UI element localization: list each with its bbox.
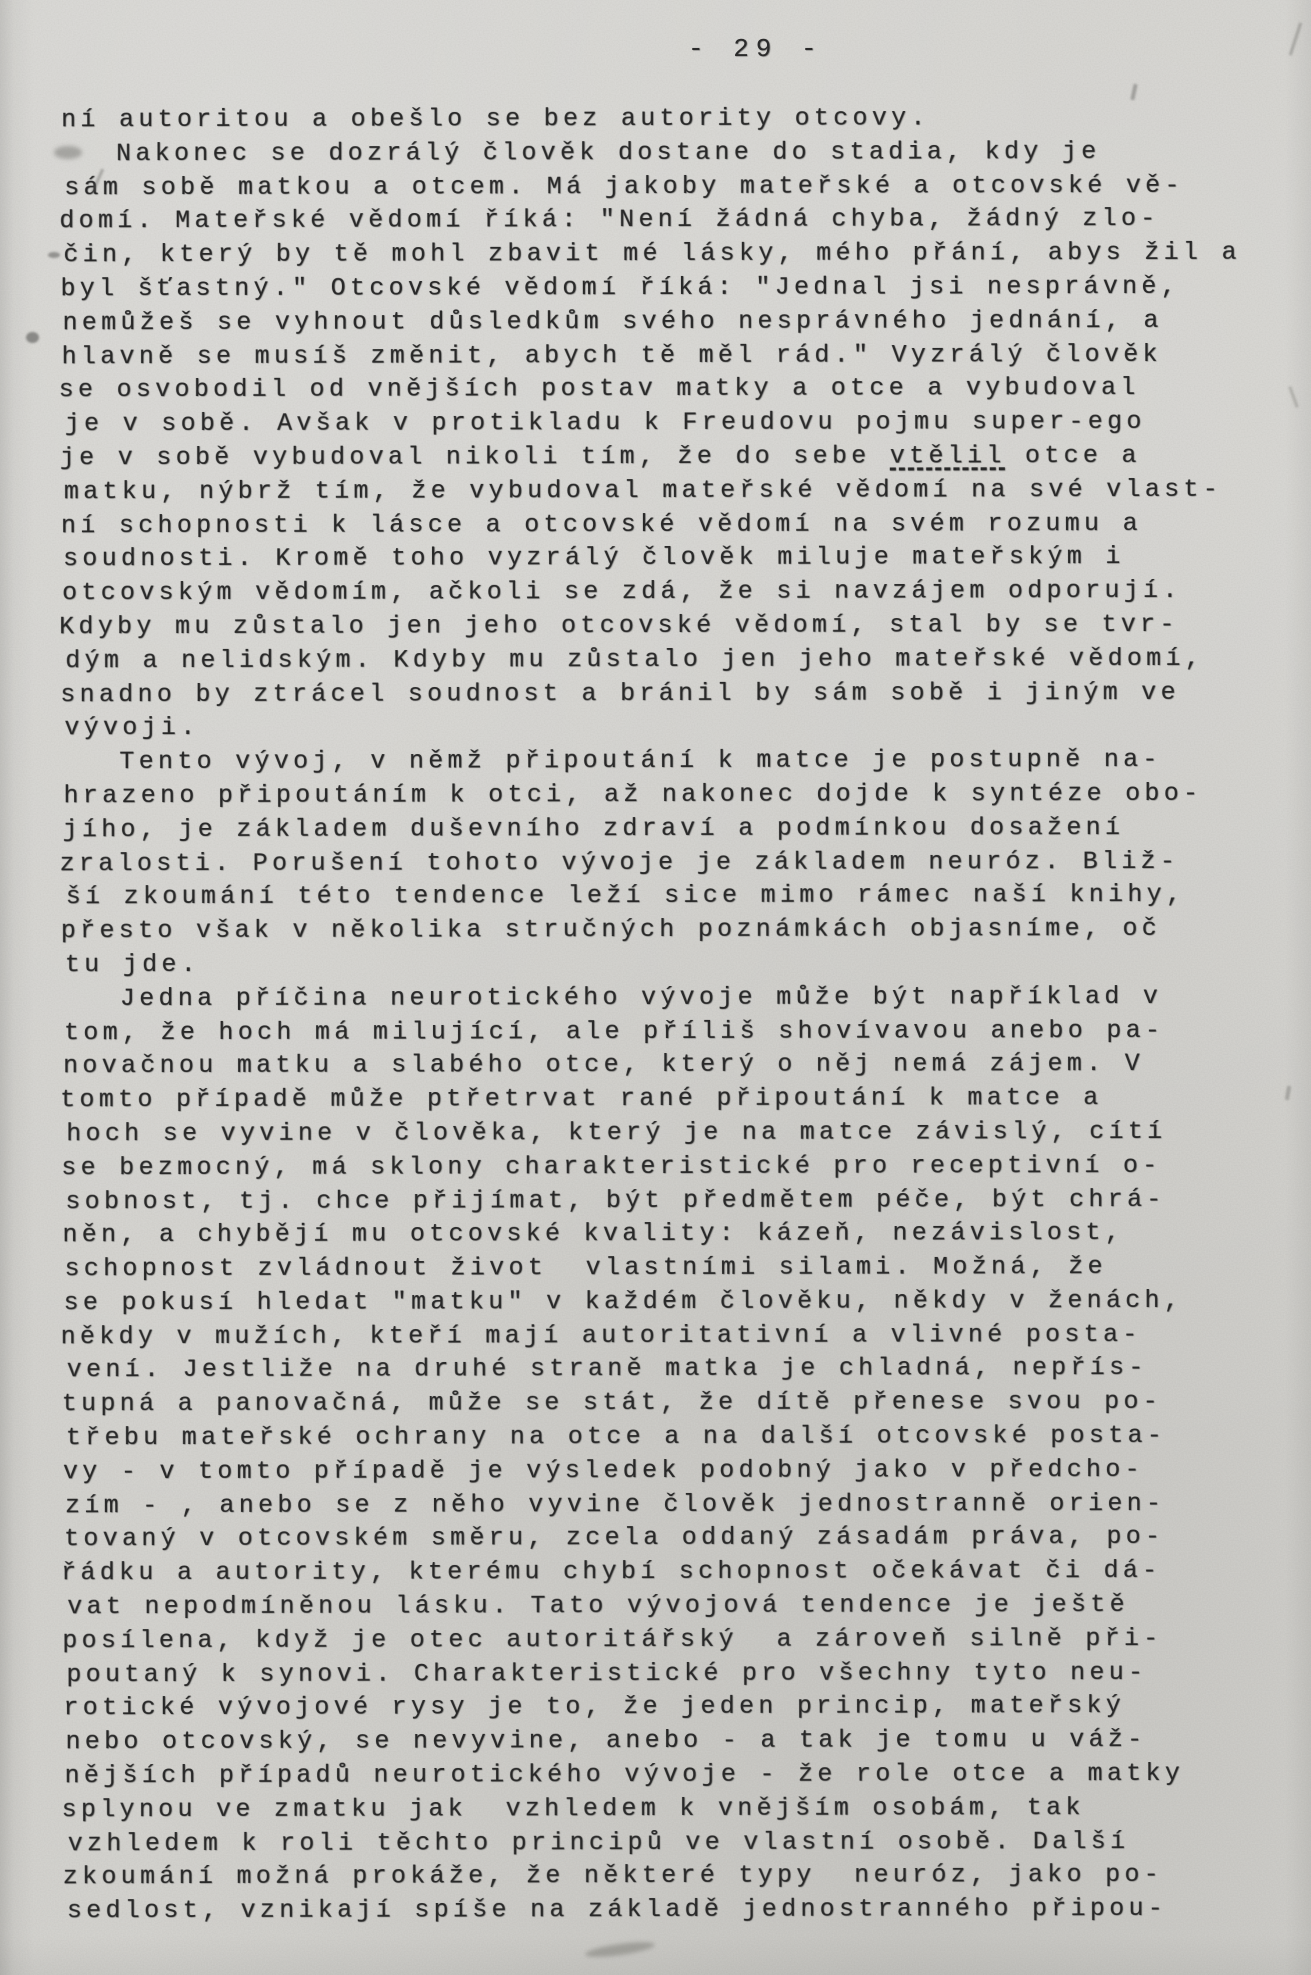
text-segment: řádku a autority, kterému chybí schopnos… (61, 1556, 1161, 1587)
text-line: nemůžeš se vyhnout důsledkům svého nespr… (63, 304, 1279, 340)
text-segment: Nakonec se dozrálý člověk dostane do sta… (58, 137, 1100, 168)
text-segment: sedlost, vznikají spíše na základě jedno… (67, 1894, 1167, 1925)
text-segment: Kdyby mu zůstalo jen jeho otcovské vědom… (59, 610, 1179, 641)
text-segment: splynou ve zmatku jak vzhledem k vnějším… (62, 1793, 1085, 1824)
text-line: byl šťastný." Otcovské vědomí říká: "Jed… (60, 270, 1278, 306)
text-segment: je v sobě. Avšak v protikladu k Freudovu… (65, 407, 1146, 438)
scratch-mark (1285, 1086, 1291, 1100)
text-segment: vat nepodmíněnou lásku. Tato vývojová te… (67, 1590, 1129, 1621)
text-line: přesto však v několika stručných poznámk… (61, 912, 1280, 948)
text-segment: někdy v mužích, kteří mají autoritativní… (61, 1320, 1142, 1351)
text-segment: zím - , anebo se z něho vyvine člověk je… (65, 1489, 1165, 1520)
text-line: je v sobě. Avšak v protikladu k Freudovu… (65, 405, 1279, 441)
text-segment: přesto však v několika stručných poznámk… (61, 914, 1161, 945)
text-segment: zkoumání možná prokáže, že některé typy … (63, 1860, 1163, 1891)
text-segment: Jedna příčina neurotického vývoje může b… (62, 982, 1162, 1013)
text-segment: domí. Mateřské vědomí říká: "Není žádná … (59, 204, 1159, 235)
text-line: domí. Mateřské vědomí říká: "Není žádná … (59, 202, 1278, 238)
scratch-mark (1288, 386, 1298, 408)
text-line: vy - v tomto případě je výsledek podobný… (63, 1453, 1281, 1489)
text-segment: ší zkoumání této tendence leží sice mimo… (66, 880, 1186, 911)
text-line: hlavně se musíš změnit, abych tě měl rád… (62, 337, 1279, 373)
text-line: hoch se vyvine v člověka, který je na ma… (66, 1115, 1280, 1151)
text-line: zím - , anebo se z něho vyvine člověk je… (65, 1486, 1281, 1522)
text-line: soudnosti. Kromě toho vyzrálý člověk mil… (63, 540, 1279, 576)
text-line: se pokusí hledat "matku" v každém člověk… (64, 1284, 1281, 1320)
text-line: něn, a chybějí mu otcovské kvality: káze… (62, 1216, 1280, 1252)
text-segment: ní schopnosti k lásce a otcovské vědomí … (61, 509, 1142, 540)
text-line: snadno by ztrácel soudnost a bránil by s… (60, 675, 1279, 711)
text-line: sobnost, tj. chce přijímat, být předměte… (65, 1182, 1280, 1218)
text-line: hrazeno připoutáním k otci, až nakonec d… (64, 777, 1280, 813)
text-segment: vy - v tomto případě je výsledek podobný… (63, 1455, 1144, 1486)
text-line: ní schopnosti k lásce a otcovské vědomí … (61, 506, 1279, 542)
scratch-mark (1130, 84, 1137, 100)
text-segment: sobnost, tj. chce přijímat, být předměte… (65, 1184, 1165, 1215)
text-segment: dým a nelidským. Kdyby mu zůstalo jen je… (65, 644, 1204, 675)
text-segment: schopnost zvládnout život vlastními sila… (65, 1252, 1107, 1283)
text-segment: tom, že hoch má milující, ale příliš sho… (64, 1015, 1164, 1046)
text-line: jího, je základem duševního zdraví a pod… (63, 810, 1280, 846)
text-segment: vení. Jestliže na druhé straně matka je … (67, 1353, 1148, 1384)
text-segment: soudnosti. Kromě toho vyzrálý člověk mil… (63, 542, 1125, 573)
text-segment: se osvobodil od vnějších postav matky a … (59, 373, 1140, 404)
text-segment: se bezmocný, má sklony charakteristické … (61, 1151, 1161, 1182)
text-line: čin, který by tě mohl zbavit mé lásky, m… (63, 236, 1278, 272)
text-line: vzhledem k roli těchto principů ve vlast… (68, 1824, 1282, 1860)
text-line: schopnost zvládnout život vlastními sila… (64, 1250, 1280, 1286)
text-segment: sám sobě matkou a otcem. Má jakoby mateř… (64, 171, 1184, 202)
text-line: sám sobě matkou a otcem. Má jakoby mateř… (64, 168, 1278, 204)
text-line: řádku a autority, kterému chybí schopnos… (61, 1554, 1281, 1590)
text-line: nějších případů neurotického vývoje - že… (65, 1757, 1282, 1793)
page-number: - 29 - (688, 34, 824, 64)
text-line: Kdyby mu zůstalo jen jeho otcovské vědom… (59, 608, 1279, 644)
text-line: se bezmocný, má sklony charakteristické … (61, 1148, 1280, 1184)
text-segment: nemůžeš se vyhnout důsledkům svého nespr… (63, 306, 1163, 337)
text-segment: posílena, když je otec autoritářský a zá… (62, 1624, 1162, 1655)
text-segment: něn, a chybějí mu otcovské kvality: káze… (62, 1218, 1124, 1249)
underlined-word: vtělil (890, 441, 1006, 470)
text-segment: jího, je základem duševního zdraví a pod… (63, 813, 1125, 844)
text-line: zkoumání možná prokáže, že některé typy … (63, 1858, 1282, 1894)
text-segment: novačnou matku a slabého otce, který o n… (63, 1049, 1144, 1080)
text-line: tu jde. (65, 946, 1280, 982)
text-segment: tupná a panovačná, může se stát, že dítě… (62, 1387, 1162, 1418)
text-line: se osvobodil od vnějších postav matky a … (59, 371, 1279, 407)
text-segment: nějších případů neurotického vývoje - že… (65, 1759, 1185, 1790)
text-segment: je v sobě vybudoval nikoli tím, že do se… (60, 442, 890, 473)
text-line: posílena, když je otec autoritářský a zá… (62, 1622, 1281, 1658)
text-segment: otce a (1006, 441, 1141, 470)
text-line: ší zkoumání této tendence leží sice mimo… (66, 878, 1280, 914)
text-segment: poutaný k synovi. Charakteristické pro v… (66, 1658, 1147, 1689)
text-line: tovaný v otcovském směru, zcela oddaný z… (64, 1520, 1281, 1556)
text-segment: tovaný v otcovském směru, zcela oddaný z… (64, 1522, 1164, 1553)
text-segment: otcovským vědomím, ačkoli se zdá, že si … (62, 576, 1182, 607)
text-segment: tu jde. (65, 950, 200, 979)
text-segment: tomto případě může ptřetrvat rané připou… (60, 1083, 1102, 1114)
text-segment: čin, který by tě mohl zbavit mé lásky, m… (63, 238, 1241, 269)
text-line: vat nepodmíněnou lásku. Tato vývojová te… (67, 1588, 1281, 1624)
text-line: Tento vývoj, v němž připoutání k matce j… (61, 743, 1279, 779)
text-line: tom, že hoch má milující, ale příliš sho… (64, 1013, 1280, 1049)
text-line: tomto případě může ptřetrvat rané připou… (60, 1081, 1280, 1117)
text-segment: hrazeno připoutáním k otci, až nakonec d… (64, 779, 1203, 810)
text-line: zralosti. Porušení tohoto vývoje je zákl… (60, 844, 1280, 880)
text-line: splynou ve zmatku jak vzhledem k vnějším… (62, 1791, 1282, 1827)
text-line: sedlost, vznikají spíše na základě jedno… (67, 1892, 1282, 1928)
text-line: je v sobě vybudoval nikoli tím, že do se… (60, 439, 1279, 475)
text-segment: matku, nýbrž tím, že vybudoval mateřské … (64, 475, 1222, 506)
text-segment: vzhledem k roli těchto principů ve vlast… (68, 1827, 1130, 1858)
scanned-page: - 29 - ní autoritou a obešlo se bez auto… (0, 0, 1311, 1975)
text-line: novačnou matku a slabého otce, který o n… (63, 1047, 1280, 1083)
scratch-mark (1289, 22, 1302, 55)
text-line: matku, nýbrž tím, že vybudoval mateřské … (64, 472, 1279, 508)
text-segment: byl šťastný." Otcovské vědomí říká: "Jed… (60, 272, 1180, 303)
text-line: nebo otcovský, se nevyvine, anebo - a ta… (65, 1723, 1281, 1759)
text-line: rotické vývojové rysy je to, že jeden pr… (63, 1689, 1281, 1725)
text-line: někdy v mužích, kteří mají autoritativní… (61, 1317, 1281, 1353)
text-segment: nebo otcovský, se nevyvine, anebo - a ta… (65, 1725, 1146, 1756)
text-segment: hlavně se musíš změnit, abych tě měl rád… (62, 340, 1162, 371)
text-line: vývoji. (64, 709, 1279, 745)
text-segment: rotické vývojové rysy je to, že jeden pr… (63, 1692, 1125, 1723)
text-segment: vývoji. (64, 713, 199, 742)
text-segment: se pokusí hledat "matku" v každém člověk… (64, 1286, 1184, 1317)
text-line: tupná a panovačná, může se stát, že dítě… (62, 1385, 1281, 1421)
text-segment: třebu mateřské ochrany na otce a na dalš… (66, 1421, 1166, 1452)
text-line: otcovským vědomím, ačkoli se zdá, že si … (62, 574, 1279, 610)
text-line: poutaný k synovi. Charakteristické pro v… (66, 1655, 1281, 1691)
text-line: Nakonec se dozrálý člověk dostane do sta… (58, 135, 1278, 171)
text-line: ní autoritou a obešlo se bez autority ot… (61, 101, 1278, 137)
body-text: ní autoritou a obešlo se bez autority ot… (58, 101, 1282, 1929)
ink-speck (26, 332, 39, 343)
text-segment: ní autoritou a obešlo se bez autority ot… (61, 103, 930, 134)
text-segment: Tento vývoj, v němž připoutání k matce j… (61, 745, 1161, 776)
text-line: Jedna příčina neurotického vývoje může b… (62, 979, 1280, 1015)
text-segment: snadno by ztrácel soudnost a bránil by s… (60, 677, 1180, 708)
text-segment: hoch se vyvine v člověka, který je na ma… (66, 1117, 1166, 1148)
text-line: dým a nelidským. Kdyby mu zůstalo jen je… (65, 641, 1279, 677)
text-segment: zralosti. Porušení tohoto vývoje je zákl… (60, 846, 1180, 877)
text-line: vení. Jestliže na druhé straně matka je … (67, 1351, 1281, 1387)
ink-smudge (585, 1939, 656, 1960)
text-line: třebu mateřské ochrany na otce a na dalš… (66, 1419, 1281, 1455)
